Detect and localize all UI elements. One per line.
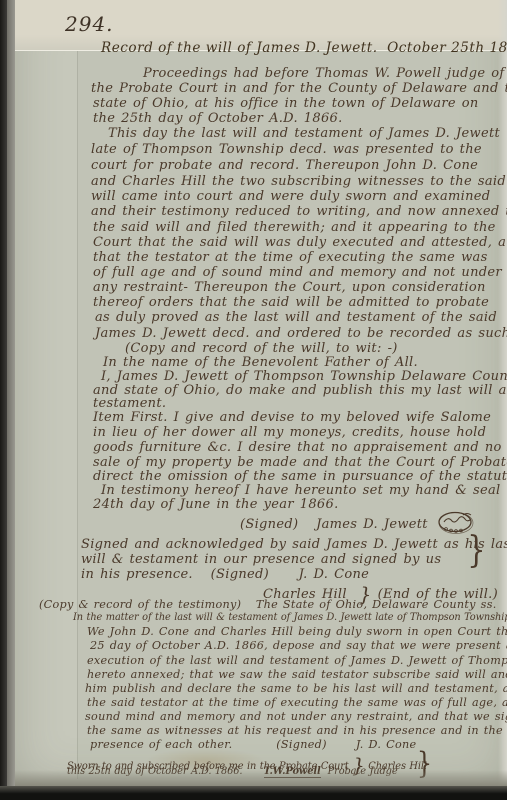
manuscript-line: 24th day of June in the year 1866.: [93, 497, 339, 512]
scan-background-bottom: [0, 786, 507, 800]
manuscript-line: and their testimony reduced to writing, …: [91, 204, 507, 219]
manuscript-line: Proceedings had before Thomas W. Powell …: [143, 66, 505, 81]
manuscript-line: (Copy and record of the will, to wit: -): [125, 341, 398, 356]
manuscript-line: and Charles Hill the two subscribing wit…: [91, 174, 506, 189]
manuscript-line: This day the last will and testament of …: [108, 126, 500, 141]
manuscript-line: thereof orders that the said will be adm…: [93, 295, 489, 310]
manuscript-line: direct the omission of the same in pursu…: [93, 469, 507, 484]
manuscript-line: sale of my property be made and that the…: [93, 455, 507, 470]
manuscript-line: (Signed) James D. Jewett: [240, 517, 428, 532]
manuscript-line: Item First. I give and devise to my belo…: [93, 410, 491, 425]
manuscript-line: court for probate and record. Thereupon …: [91, 158, 478, 173]
manuscript-line: James D. Jewett decd. and ordered to be …: [95, 326, 507, 341]
manuscript-line: late of Thompson Township decd. was pres…: [91, 142, 482, 157]
manuscript-line: goods furniture &c. I desire that no app…: [93, 440, 502, 455]
manuscript-line: state of Ohio, at his office in the town…: [93, 96, 479, 111]
manuscript-line: of full age and of sound mind and memory…: [93, 265, 502, 280]
manuscript-line: testament.: [93, 396, 166, 411]
paper-bottom-shadow: [15, 770, 507, 786]
manuscript-line: the Probate Court in and for the County …: [91, 81, 507, 96]
manuscript-line: that the testator at the time of executi…: [93, 250, 488, 265]
manuscript-line: execution of the last will and testament…: [87, 654, 507, 667]
manuscript-line: the 25th day of October A.D. 1866.: [93, 111, 343, 126]
book-gutter-edge: [0, 0, 7, 788]
manuscript-line: In the name of the Benevolent Father of …: [103, 355, 418, 370]
scanned-ledger-page: 294. Record of the will of James D. Jewe…: [0, 0, 507, 800]
manuscript-line: him publish and declare the same to be h…: [85, 682, 507, 695]
manuscript-line: presence of each other. (Signed) J. D. C…: [90, 738, 416, 751]
manuscript-line: will came into court and were duly sworn…: [91, 189, 490, 204]
record-heading: Record of the will of James D. Jewett. O…: [101, 40, 507, 56]
manuscript-line: will & testament in our presence and sig…: [81, 552, 441, 567]
manuscript-line: as duly proved as the last will and test…: [95, 310, 497, 325]
manuscript-line: in lieu of her dower all my moneys, cred…: [93, 425, 486, 440]
manuscript-line: Signed and acknowledged by said James D.…: [81, 537, 507, 552]
manuscript-line: in his presence. (Signed) J. D. Cone: [81, 567, 369, 582]
manuscript-line: I, James D. Jewett of Thompson Township …: [101, 369, 507, 384]
manuscript-line: (Copy & record of the testimony) The Sta…: [39, 598, 497, 611]
manuscript-line: In the matter of the last will & testame…: [73, 612, 507, 623]
manuscript-line: hereto annexed; that we saw the said tes…: [87, 668, 507, 681]
manuscript-line: sound mind and memory and not under any …: [85, 710, 507, 723]
page-number: 294.: [65, 12, 114, 36]
manuscript-line: the same as witnesses at his request and…: [87, 724, 503, 737]
manuscript-line: We John D. Cone and Charles Hill being d…: [87, 625, 507, 638]
manuscript-line: the said testator at the time of executi…: [87, 696, 507, 709]
seal-icon: [435, 509, 477, 539]
manuscript-line: any restraint- Thereupon the Court, upon…: [93, 280, 486, 295]
manuscript-line: In testimony hereof I have hereunto set …: [101, 483, 507, 498]
ledger-paper: 294. Record of the will of James D. Jewe…: [15, 0, 507, 786]
manuscript-line: the said will and filed therewith; and i…: [93, 220, 496, 235]
page-stack-edge: [7, 0, 15, 788]
manuscript-line: 25 day of October A.D. 1866, depose and …: [90, 639, 507, 652]
manuscript-line: Court that the said will was duly execut…: [93, 235, 507, 250]
